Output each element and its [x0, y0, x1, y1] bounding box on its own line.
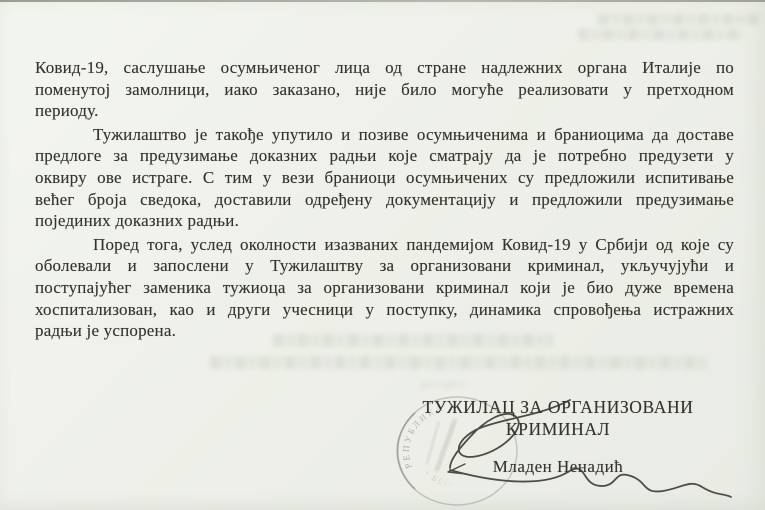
text-line: оквиру ове истраге. С тим у вези браниоц… — [35, 167, 734, 189]
text-line: оболевали и запослени у Тужилаштву за ор… — [35, 255, 734, 277]
text-line: радњи је успорена. — [35, 320, 734, 342]
paragraph-2: Тужилаштво је такође упутило и позиве ос… — [35, 124, 734, 232]
text-line: хоспитализован, као и други учесници у п… — [35, 299, 734, 321]
paragraph-1: Ковид-19, саслушање осумњиченог лица од … — [35, 57, 734, 122]
text-line: већег броја сведока, доставили одређену … — [35, 189, 734, 211]
paragraph-3: Поред тога, услед околности изазваних па… — [35, 234, 734, 342]
text-line: Тужилаштво је такође упутило и позиве ос… — [35, 124, 734, 146]
text-line: периоду. — [35, 100, 734, 122]
signature-block: ТУЖИЛАЦ ЗА ОРГАНИЗОВАНИ КРИМИНАЛ Младен … — [398, 396, 718, 478]
text-line: предлоге за предузимање доказних радњи к… — [35, 145, 734, 167]
bleedthrough-mark — [598, 14, 760, 25]
text-line: поменутој замолници, иако заказано, није… — [35, 79, 734, 101]
signature-title-line2: КРИМИНАЛ — [398, 418, 718, 440]
text-line: Ковид-19, саслушање осумњиченог лица од … — [35, 57, 734, 79]
bleedthrough-mark — [420, 382, 466, 388]
signer-name: Младен Ненадић — [398, 456, 718, 478]
scan-top-edge — [0, 0, 765, 2]
document-body-text: Ковид-19, саслушање осумњиченог лица од … — [35, 57, 734, 342]
bleedthrough-mark — [578, 29, 743, 40]
bleedthrough-mark — [210, 356, 707, 369]
text-line: Поред тога, услед околности изазваних па… — [35, 234, 734, 256]
text-line: појединих доказних радњи. — [35, 210, 734, 232]
text-line: поступајућег заменика тужиоца за организ… — [35, 277, 734, 299]
signature-title-line1: ТУЖИЛАЦ ЗА ОРГАНИЗОВАНИ — [398, 396, 718, 418]
